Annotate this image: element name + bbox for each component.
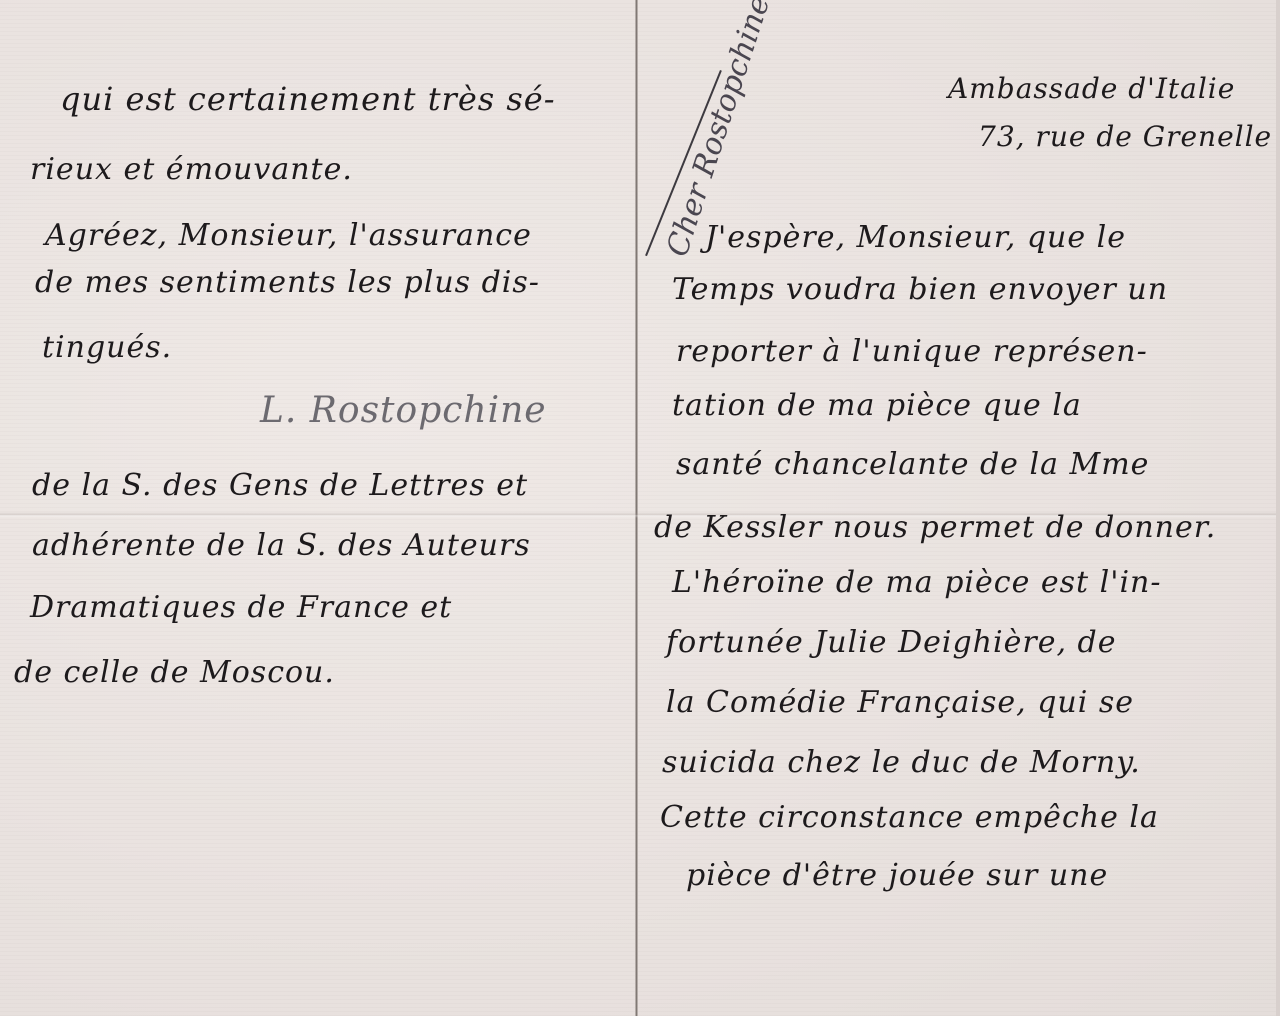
right-line-3: reporter à l'unique représen-	[676, 334, 1148, 369]
signature: L. Rostopchine	[260, 390, 547, 431]
left-line-5: tingués.	[42, 330, 172, 365]
right-line-2: Temps voudra bien envoyer un	[672, 272, 1168, 307]
right-line-6: de Kessler nous permet de donner.	[654, 510, 1216, 545]
right-line-10: suicida chez le duc de Morny.	[662, 745, 1141, 780]
left-line-1: qui est certainement très sé-	[60, 80, 556, 118]
right-line-9: la Comédie Française, qui se	[666, 685, 1134, 720]
address-line-2: 73, rue de Grenelle	[978, 120, 1272, 153]
signature-block-line-1: de la S. des Gens de Lettres et	[32, 468, 528, 503]
vertical-fold-line	[635, 0, 638, 1016]
paper-edge	[1276, 0, 1280, 1016]
left-line-3: Agréez, Monsieur, l'assurance	[45, 218, 532, 253]
right-line-4: tation de ma pièce que la	[672, 388, 1082, 423]
right-line-8: fortunée Julie Deighière, de	[666, 625, 1116, 660]
letter-sheet: qui est certainement très sé- rieux et é…	[0, 0, 1280, 1016]
signature-block-line-2: adhérente de la S. des Auteurs	[32, 528, 531, 563]
right-line-7: L'héroïne de ma pièce est l'in-	[672, 565, 1162, 600]
right-line-1: J'espère, Monsieur, que le	[705, 220, 1126, 255]
right-line-12: pièce d'être jouée sur une	[686, 858, 1108, 893]
right-line-5: santé chancelante de la Mme	[676, 447, 1149, 482]
left-line-4: de mes sentiments les plus dis-	[35, 265, 540, 300]
right-line-11: Cette circonstance empêche la	[660, 800, 1159, 835]
signature-block-line-3: Dramatiques de France et	[30, 590, 452, 625]
signature-block-line-4: de celle de Moscou.	[14, 655, 335, 690]
left-line-2: rieux et émouvante.	[30, 152, 353, 187]
address-line-1: Ambassade d'Italie	[948, 72, 1235, 105]
